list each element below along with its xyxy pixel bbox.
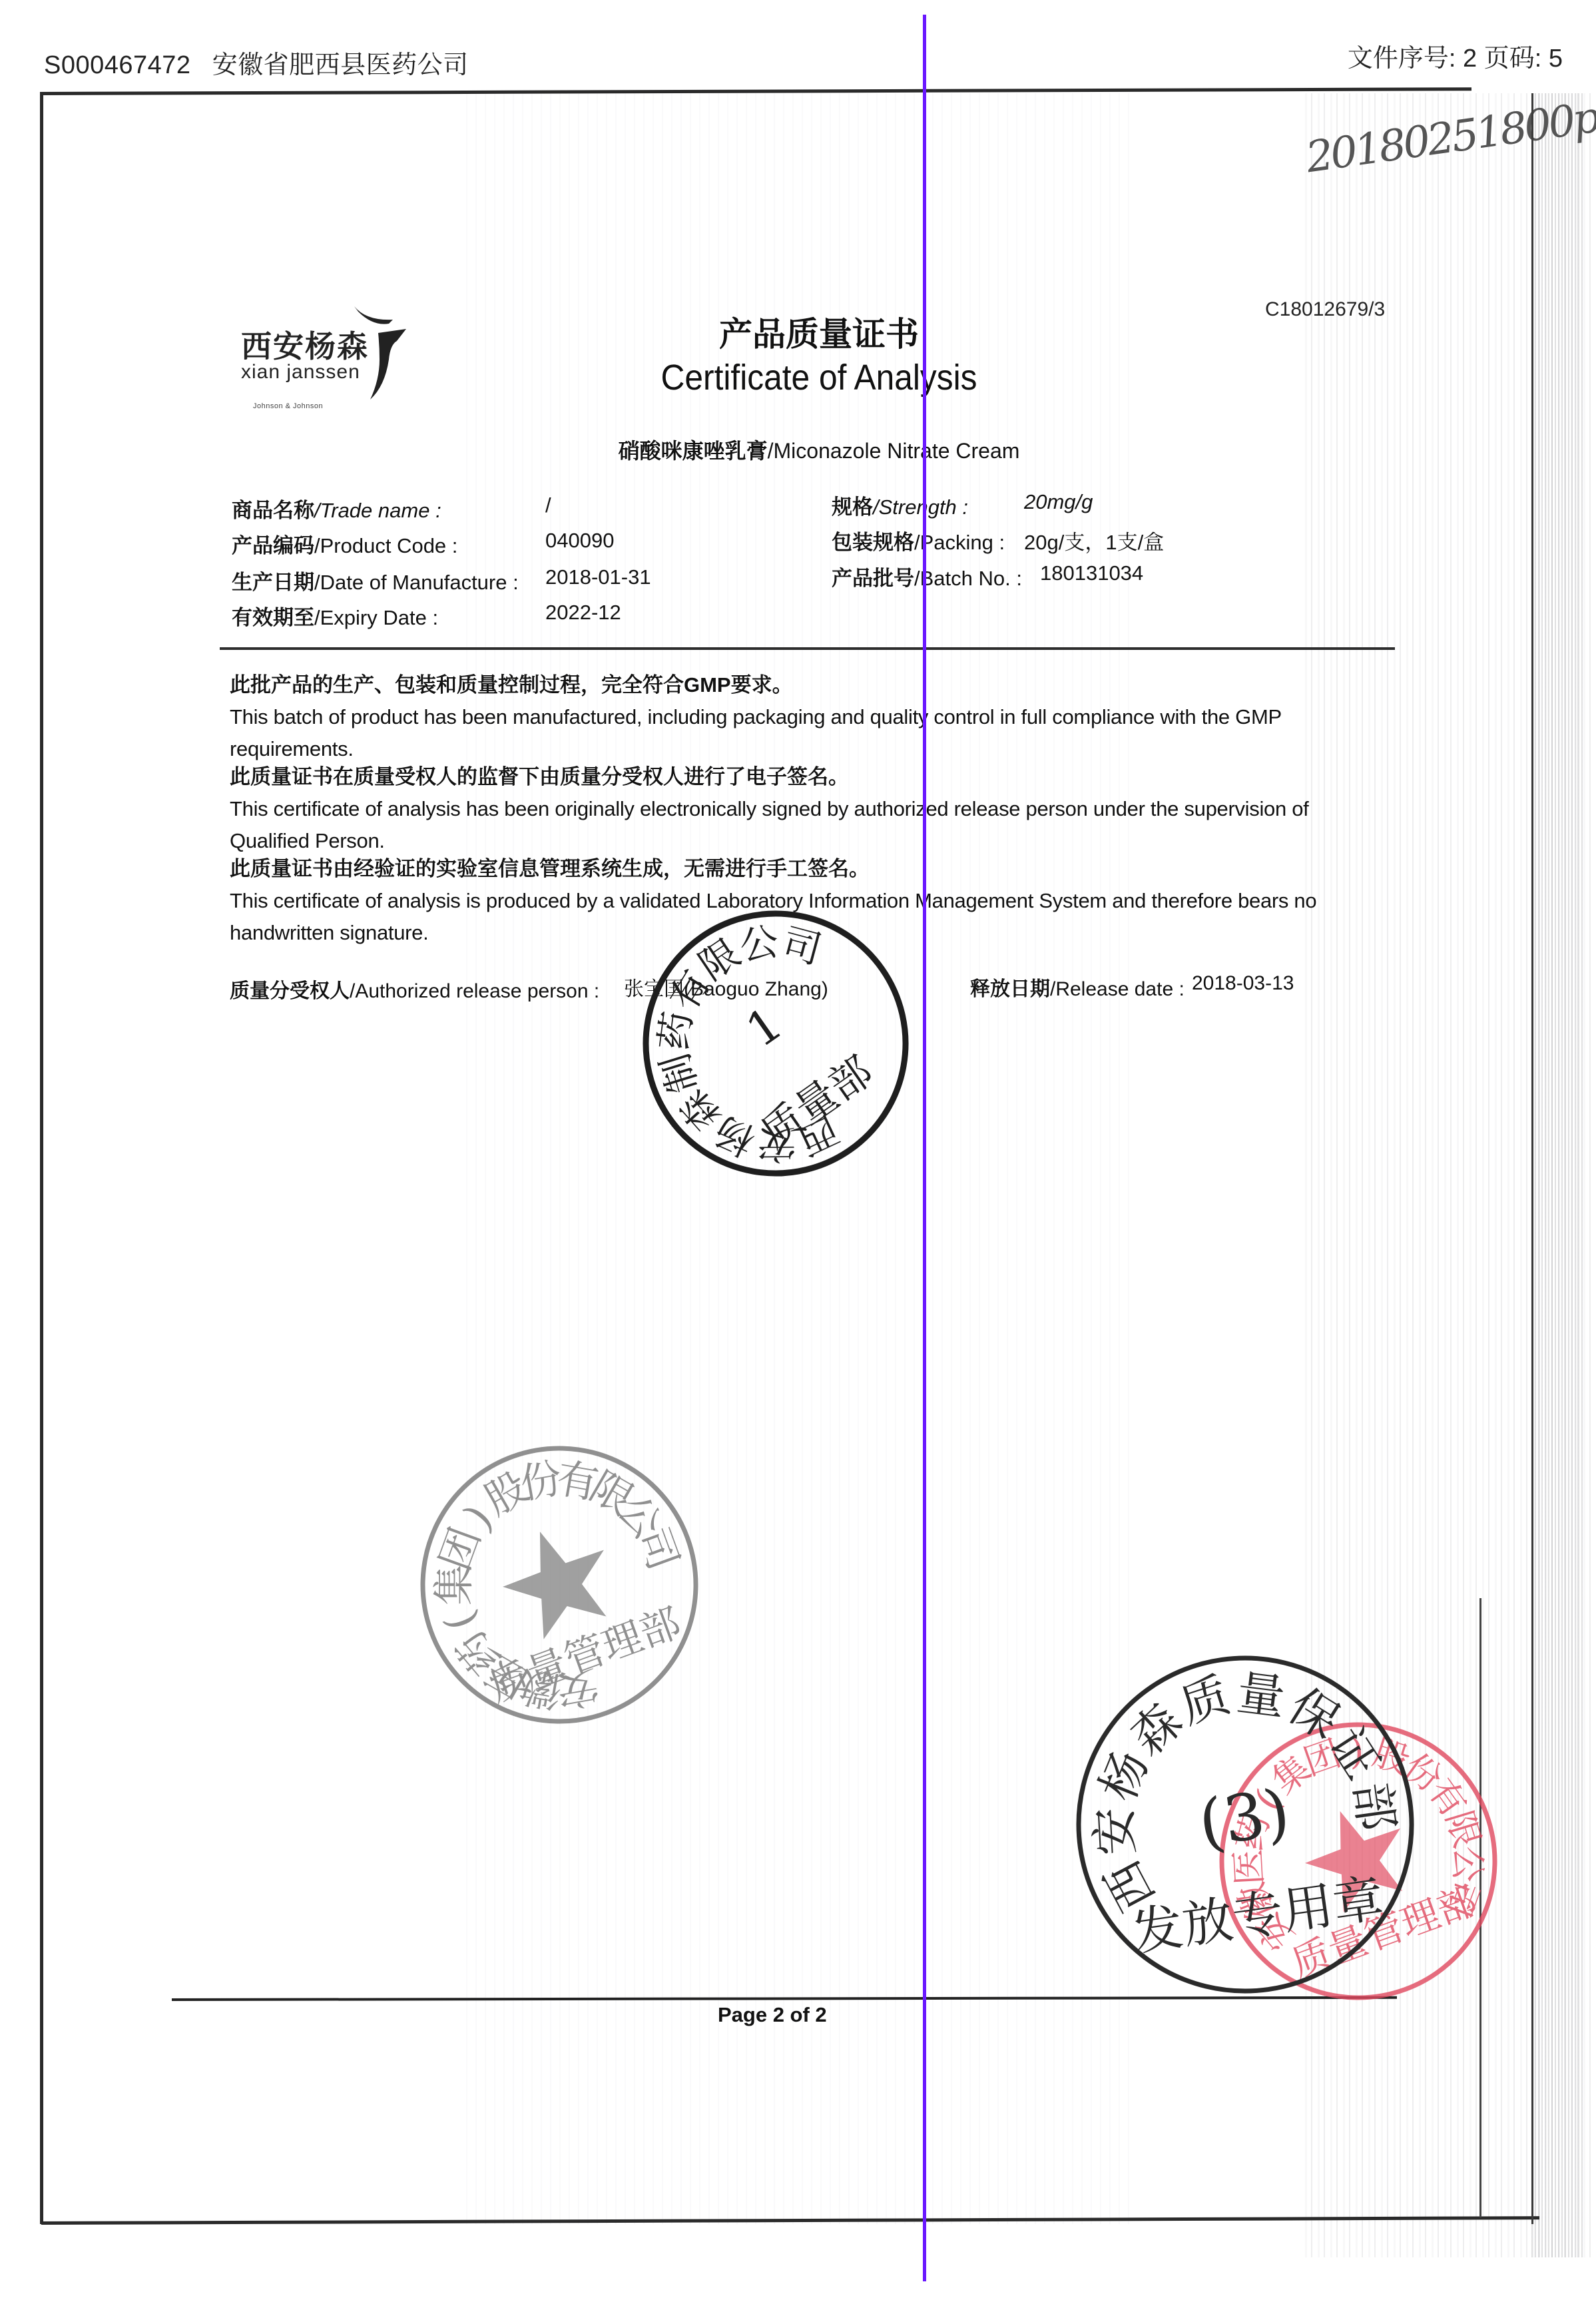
manufacture-date-label: 生产日期/Date of Manufacture : <box>232 565 519 595</box>
packing-label: 包装规格/Packing : <box>832 525 1005 555</box>
trade-name-label: 商品名称/Trade name : <box>232 493 441 523</box>
group-quality-stamp: 安徽医药(集团)股份有限公司质量管理部 <box>416 1442 702 1731</box>
page-border-right <box>1531 93 1533 2224</box>
file-seq-value: 2 <box>1463 45 1477 73</box>
page-border-left <box>40 93 43 2224</box>
certificate-title-en: Certificate of Analysis <box>65 357 1572 398</box>
svg-text:部: 部 <box>1343 1779 1405 1834</box>
svg-text:(3): (3) <box>1194 1775 1294 1861</box>
statement-esign: 此质量证书在质量受权人的监督下由质量分受权人进行了电子签名。 This cert… <box>230 761 1388 857</box>
product-name-cn: 硝酸咪康唑乳膏 <box>619 439 768 463</box>
manufacture-date-value: 2018-01-31 <box>545 565 651 589</box>
trade-name-value: / <box>545 493 551 517</box>
company-name: 安徽省肥西县医药公司 <box>212 51 469 79</box>
vertical-marker-line <box>923 15 926 2281</box>
product-code-label: 产品编码/Product Code : <box>232 529 457 559</box>
strength-label: 规格/Strength : <box>832 490 968 520</box>
certificate-code: C18012679/3 <box>1265 298 1385 321</box>
expiry-date-label: 有效期至/Expiry Date : <box>232 601 438 631</box>
product-name-en: /Miconazole Nitrate Cream <box>768 439 1020 463</box>
page-value: 5 <box>1549 45 1563 73</box>
release-date-value: 2018-03-13 <box>1192 972 1294 995</box>
release-person-label: 质量分受权人/Authorized release person : <box>230 974 599 1004</box>
batch-no-label: 产品批号/Batch No. : <box>832 561 1022 591</box>
packing-value: 20g/支，1支/盒 <box>1024 525 1164 555</box>
document-id: S000467472 <box>44 51 191 79</box>
release-seal-stamp: 西安杨森质量保证部(3)发放专用章 <box>1072 1651 1418 2001</box>
file-seq-label: 文件序号: <box>1348 45 1456 73</box>
product-code-value: 040090 <box>545 529 614 553</box>
svg-text:公: 公 <box>736 918 782 970</box>
product-name: 硝酸咪康唑乳膏/Miconazole Nitrate Cream <box>0 434 1596 465</box>
svg-text:安: 安 <box>1085 1806 1144 1857</box>
fax-header-left: S000467472安徽省肥西县医药公司 <box>44 44 469 81</box>
expiry-date-value: 2022-12 <box>545 601 621 625</box>
page-number: Page 2 of 2 <box>718 2003 827 2027</box>
release-date-label: 释放日期/Release date : <box>970 972 1185 1002</box>
logo-tagline: Johnson & Johnson <box>253 402 323 410</box>
strength-value: 20mg/g <box>1024 490 1093 514</box>
quality-dept-stamp: 西安杨森制药有限公司1质量部 <box>639 907 912 1183</box>
svg-text:发放专用章: 发放专用章 <box>1129 1869 1388 1962</box>
scan-edge-band <box>1531 93 1585 2257</box>
svg-text:司: 司 <box>777 919 826 973</box>
section-divider <box>220 647 1395 650</box>
fax-header-right: 文件序号: 2 页码: 5 <box>1348 37 1563 74</box>
page-label: 页码: <box>1484 45 1542 73</box>
svg-text:1: 1 <box>736 996 792 1058</box>
svg-text:量: 量 <box>1234 1664 1288 1725</box>
statement-gmp: 此批产品的生产、包装和质量控制过程，完全符合GMP要求。 This batch … <box>230 669 1388 765</box>
batch-no-value: 180131034 <box>1040 561 1143 585</box>
